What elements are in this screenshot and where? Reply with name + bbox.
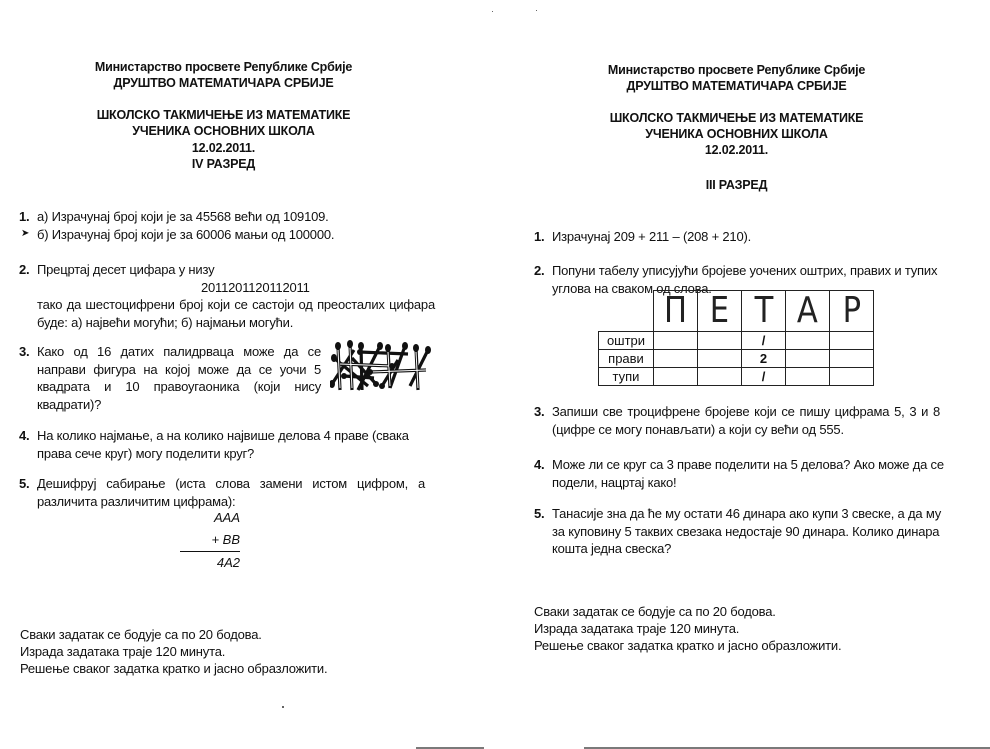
answer-cell[interactable]	[830, 332, 874, 350]
footer-instructions: Решење сваког задатка кратко и јасно обр…	[20, 660, 327, 678]
task-number: 4.	[534, 456, 544, 474]
task-4-text: Може ли се круг са 3 праве поделити на 5…	[552, 457, 944, 490]
cryptarithm: AAA + BB 4A2	[180, 507, 240, 574]
society-title: ДРУШТВО МАТЕМАТИЧАРА СРБИЈЕ	[0, 75, 471, 91]
footer-duration: Израда задатака траје 120 минута.	[534, 620, 739, 638]
task-5-text: Дешифруј сабирање (иста слова замени ист…	[37, 476, 425, 509]
grade-title: III РАЗРЕД	[489, 177, 984, 193]
letter-cell: Т	[742, 291, 786, 332]
sum: 4A2	[180, 551, 240, 574]
table-row-right: прави 2	[599, 350, 874, 368]
task-3-text: Како од 16 датих палидрваца може да се н…	[37, 344, 321, 412]
answer-cell[interactable]	[786, 332, 830, 350]
task-1-text: Израчунај 209 + 211 – (208 + 210).	[552, 229, 751, 244]
task-5: 5. Дешифруј сабирање (иста слова замени …	[37, 475, 425, 510]
task-1: 1. а) Израчунај број који је за 45568 ве…	[37, 208, 437, 243]
letter-cell: Е	[698, 291, 742, 332]
task-3: 3. Како од 16 датих палидрваца може да с…	[37, 343, 321, 413]
task-2-text: тако да шестоцифрени број који се састој…	[37, 296, 435, 331]
competition-title: ШКОЛСКО ТАКМИЧЕЊЕ ИЗ МАТЕМАТИКЕ	[489, 110, 984, 126]
society-title: ДРУШТВО МАТЕМАТИЧАРА СРБИЈЕ	[489, 78, 984, 94]
table-row-acute: оштри /	[599, 332, 874, 350]
matchsticks-figure-icon	[330, 340, 432, 396]
footer-scoring: Сваки задатак се бодује са по 20 бодова.	[20, 626, 262, 644]
ministry-title: Министарство просвете Републике Србије	[489, 62, 984, 78]
task-4: 4. Може ли се круг са 3 праве поделити н…	[552, 456, 944, 491]
task-4: 4. На колико најмање, а на колико највиш…	[37, 427, 437, 462]
task-3: 3. Запиши све троцифрене бројеве који се…	[552, 403, 940, 438]
task-4-text: На колико најмање, а на колико највише д…	[37, 428, 409, 461]
task-2-intro: Прецртај десет цифара у низу	[37, 261, 435, 279]
task-3-text: Запиши све троцифрене бројеве који се пи…	[552, 404, 940, 437]
scan-speck	[492, 11, 493, 12]
task-1b: б) Израчунај број који је за 60006 мањи …	[37, 226, 437, 244]
answer-cell[interactable]	[698, 368, 742, 386]
answer-cell[interactable]	[786, 368, 830, 386]
answer-cell[interactable]	[830, 350, 874, 368]
row-label: тупи	[599, 368, 654, 386]
task-1a: а) Израчунај број који је за 45568 већи …	[37, 208, 437, 226]
angles-table: П Е Т А Р оштри / прави 2 тупи /	[598, 290, 874, 386]
letter-cell: П	[654, 291, 698, 332]
left-page-grade-4: Министарство просвете Републике Србије Д…	[0, 0, 495, 749]
answer-cell[interactable]	[830, 368, 874, 386]
answer-cell[interactable]	[654, 368, 698, 386]
row-label: оштри	[599, 332, 654, 350]
task-number: 4.	[19, 427, 29, 445]
answer-cell[interactable]: /	[742, 332, 786, 350]
task-number: 1.	[19, 208, 29, 226]
addend-2: + BB	[180, 529, 240, 551]
task-1: 1. Израчунај 209 + 211 – (208 + 210).	[552, 228, 952, 246]
task-number: 2.	[534, 262, 544, 280]
answer-cell[interactable]	[786, 350, 830, 368]
letter-cell: А	[786, 291, 830, 332]
answer-cell[interactable]	[698, 350, 742, 368]
letter-cell: Р	[830, 291, 874, 332]
task-number: 1.	[534, 228, 544, 246]
students-title: УЧЕНИКА ОСНОВНИХ ШКОЛА	[0, 123, 471, 139]
task-number: 3.	[534, 403, 544, 421]
letters-row: П Е Т А Р	[599, 291, 874, 332]
task-2: 2. Прецртај десет цифара у низу 20112011…	[37, 261, 435, 331]
scan-speck	[282, 706, 284, 708]
answer-cell[interactable]	[698, 332, 742, 350]
footer-duration: Израда задатака траје 120 минута.	[20, 643, 225, 661]
task-number: 5.	[19, 475, 29, 493]
answer-cell[interactable]	[654, 332, 698, 350]
exam-date: 12.02.2011.	[489, 142, 984, 158]
grade-title: IV РАЗРЕД	[0, 156, 471, 172]
task-5-text: Танасије зна да ће му остати 46 динара а…	[552, 506, 941, 556]
answer-cell[interactable]: 2	[742, 350, 786, 368]
right-page-grade-3: Министарство просвете Републике Србије Д…	[495, 0, 990, 749]
digit-sequence: 2011201120112011	[37, 279, 435, 297]
answer-cell[interactable]	[654, 350, 698, 368]
pen-mark-icon: ➤	[21, 228, 29, 239]
scan-speck	[536, 10, 537, 11]
competition-title: ШКОЛСКО ТАКМИЧЕЊЕ ИЗ МАТЕМАТИКЕ	[0, 107, 471, 123]
task-number: 5.	[534, 505, 544, 523]
answer-cell[interactable]: /	[742, 368, 786, 386]
exam-date: 12.02.2011.	[0, 140, 471, 156]
task-5: 5. Танасије зна да ће му остати 46 динар…	[552, 505, 944, 558]
row-label: прави	[599, 350, 654, 368]
ministry-title: Министарство просвете Републике Србије	[0, 59, 471, 75]
students-title: УЧЕНИКА ОСНОВНИХ ШКОЛА	[489, 126, 984, 142]
addend-1: AAA	[180, 507, 240, 529]
task-number: 3.	[19, 343, 29, 361]
task-number: 2.	[19, 261, 29, 279]
footer-scoring: Сваки задатак се бодује са по 20 бодова.	[534, 603, 776, 621]
table-row-obtuse: тупи /	[599, 368, 874, 386]
footer-instructions: Решење сваког задатка кратко и јасно обр…	[534, 637, 841, 655]
